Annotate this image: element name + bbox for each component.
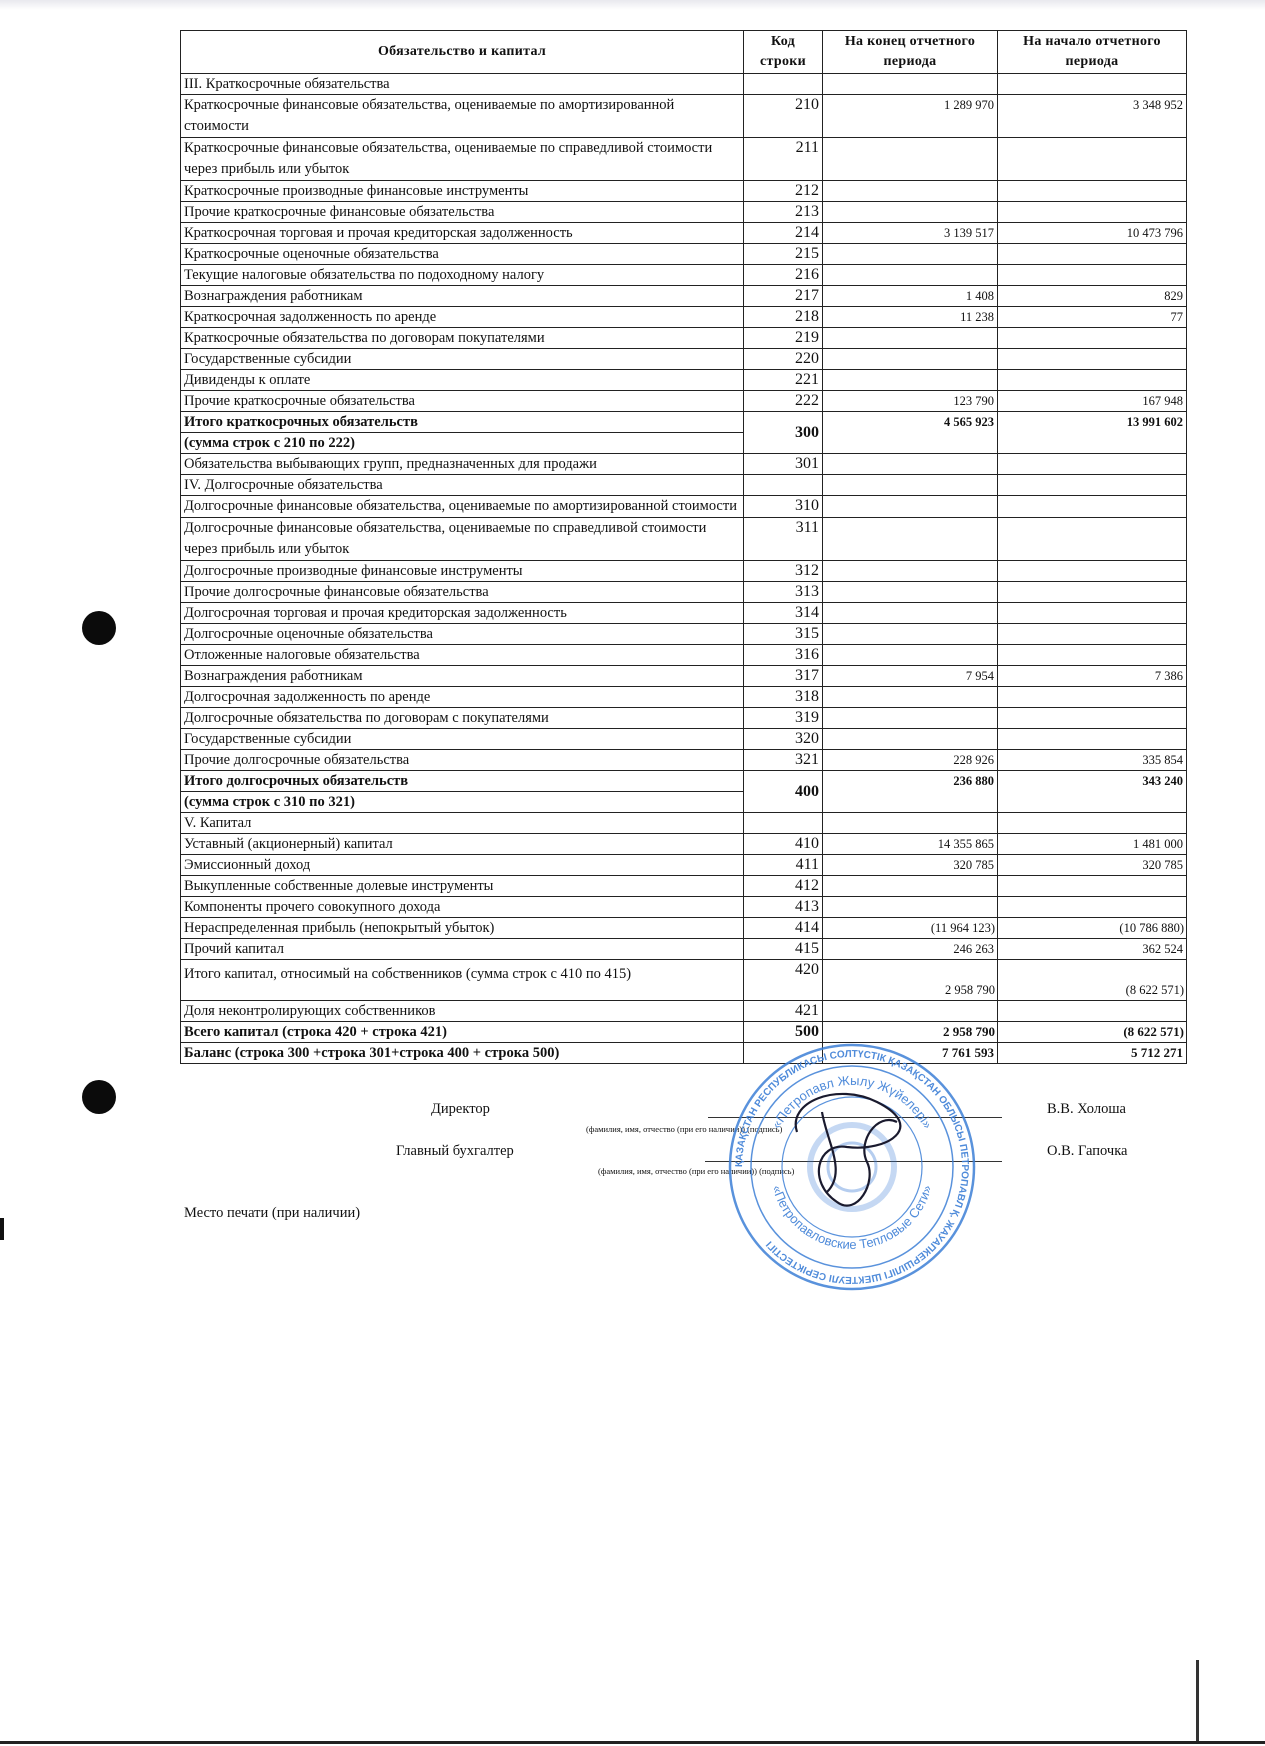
row-code: 319	[744, 708, 823, 729]
row-code: 312	[744, 561, 823, 582]
value-end-period	[823, 244, 998, 265]
value-end-period: 4 565 923	[823, 412, 998, 454]
value-end-period	[823, 370, 998, 391]
row-code: 300	[744, 412, 823, 454]
value-end-period	[823, 561, 998, 582]
row-code: 413	[744, 897, 823, 918]
table-row: Всего капитал (строка 420 + строка 421)5…	[181, 1022, 1187, 1043]
value-end-period	[823, 624, 998, 645]
row-code: 213	[744, 202, 823, 223]
value-end-period	[823, 518, 998, 561]
table-row: Государственные субсидии320	[181, 729, 1187, 750]
table-row: Прочие краткосрочные финансовые обязател…	[181, 202, 1187, 223]
table-row: Уставный (акционерный) капитал41014 355 …	[181, 834, 1187, 855]
table-row: Итого капитал, относимый на собственнико…	[181, 960, 1187, 1001]
accountant-title: Главный бухгалтер	[396, 1143, 514, 1160]
row-code: 400	[744, 771, 823, 813]
punch-hole-bottom	[82, 1080, 116, 1114]
value-end-period	[823, 74, 998, 95]
value-begin-period: 167 948	[998, 391, 1187, 412]
value-begin-period	[998, 729, 1187, 750]
row-code: 212	[744, 181, 823, 202]
value-end-period	[823, 328, 998, 349]
value-begin-period	[998, 561, 1187, 582]
value-end-period: 1 289 970	[823, 95, 998, 138]
value-begin-period	[998, 265, 1187, 286]
table-row: Краткосрочная задолженность по аренде218…	[181, 307, 1187, 328]
value-end-period	[823, 876, 998, 897]
value-begin-period	[998, 708, 1187, 729]
row-label: Долгосрочная торговая и прочая кредиторс…	[181, 603, 744, 624]
table-row: Государственные субсидии220	[181, 349, 1187, 370]
table-row: Краткосрочные финансовые обязательства, …	[181, 95, 1187, 138]
table-row: Краткосрочная торговая и прочая кредитор…	[181, 223, 1187, 244]
row-code: 412	[744, 876, 823, 897]
value-end-period	[823, 645, 998, 666]
row-label: Долгосрочная задолженность по аренде	[181, 687, 744, 708]
row-code: 315	[744, 624, 823, 645]
header-code: Код строки	[744, 31, 823, 74]
row-code: 220	[744, 349, 823, 370]
value-end-period	[823, 265, 998, 286]
value-end-period: 7 954	[823, 666, 998, 687]
scan-bottom-line	[0, 1741, 1265, 1744]
value-begin-period	[998, 496, 1187, 518]
table-row: Долгосрочная торговая и прочая кредиторс…	[181, 603, 1187, 624]
table-row: Отложенные налоговые обязательства316	[181, 645, 1187, 666]
value-end-period	[823, 1001, 998, 1022]
value-end-period: 236 880	[823, 771, 998, 813]
row-code: 317	[744, 666, 823, 687]
value-begin-period: 343 240	[998, 771, 1187, 813]
value-begin-period	[998, 138, 1187, 181]
value-end-period	[823, 687, 998, 708]
row-label: Долгосрочные оценочные обязательства	[181, 624, 744, 645]
value-end-period: 11 238	[823, 307, 998, 328]
scan-top-edge	[0, 0, 1265, 10]
row-code: 500	[744, 1022, 823, 1043]
value-end-period: 2 958 790	[823, 1022, 998, 1043]
value-end-period	[823, 813, 998, 834]
value-begin-period: 10 473 796	[998, 223, 1187, 244]
row-label: Краткосрочные производные финансовые инс…	[181, 181, 744, 202]
row-label: Долгосрочные обязательства по договорам …	[181, 708, 744, 729]
total-label: Итого краткосрочных обязательств	[181, 412, 743, 433]
value-end-period	[823, 349, 998, 370]
value-begin-period: (10 786 880)	[998, 918, 1187, 939]
table-row: Долгосрочные финансовые обязательства, о…	[181, 518, 1187, 561]
scan-left-edge	[0, 1218, 4, 1240]
value-begin-period: 3 348 952	[998, 95, 1187, 138]
row-label: Итого краткосрочных обязательств(сумма с…	[181, 412, 744, 454]
value-end-period	[823, 181, 998, 202]
value-begin-period: 1 481 000	[998, 834, 1187, 855]
value-begin-period: (8 622 571)	[998, 960, 1187, 1001]
table-row: Баланс (строка 300 +строка 301+строка 40…	[181, 1043, 1187, 1064]
table-row: Вознаграждения работникам3177 9547 386	[181, 666, 1187, 687]
row-code	[744, 475, 823, 496]
value-end-period	[823, 582, 998, 603]
row-label: Итого капитал, относимый на собственнико…	[181, 960, 744, 1001]
row-code: 421	[744, 1001, 823, 1022]
table-row: Долгосрочные финансовые обязательства, о…	[181, 496, 1187, 518]
value-begin-period: 13 991 602	[998, 412, 1187, 454]
table-row: Доля неконтролирующих собственников421	[181, 1001, 1187, 1022]
row-code: 321	[744, 750, 823, 771]
table-row: Долгосрочные обязательства по договорам …	[181, 708, 1187, 729]
section-header-row: V. Капитал	[181, 813, 1187, 834]
row-label: Краткосрочные оценочные обязательства	[181, 244, 744, 265]
row-label: Прочие долгосрочные обязательства	[181, 750, 744, 771]
value-begin-period: 362 524	[998, 939, 1187, 960]
row-label: Текущие налоговые обязательства по подох…	[181, 265, 744, 286]
value-begin-period	[998, 244, 1187, 265]
table-row: Краткосрочные оценочные обязательства215	[181, 244, 1187, 265]
value-end-period	[823, 138, 998, 181]
row-label: Отложенные налоговые обязательства	[181, 645, 744, 666]
svg-text:«Петропавловские Тепловые Сети: «Петропавловские Тепловые Сети»	[769, 1183, 934, 1252]
value-begin-period	[998, 202, 1187, 223]
row-label: Долгосрочные производные финансовые инст…	[181, 561, 744, 582]
total-sublabel: (сумма строк с 310 по 321)	[181, 792, 743, 812]
row-label: Выкупленные собственные долевые инструме…	[181, 876, 744, 897]
value-end-period: 320 785	[823, 855, 998, 876]
value-end-period	[823, 897, 998, 918]
balance-sheet-table: Обязательство и капитал Код строки На ко…	[180, 30, 1187, 1064]
row-code: 301	[744, 454, 823, 475]
value-end-period	[823, 475, 998, 496]
value-end-period	[823, 708, 998, 729]
table-row: Прочие долгосрочные обязательства321228 …	[181, 750, 1187, 771]
row-label: Прочий капитал	[181, 939, 744, 960]
punch-hole-top	[82, 611, 116, 645]
table-row: Обязательства выбывающих групп, предназн…	[181, 454, 1187, 475]
table-row: Дивиденды к оплате221	[181, 370, 1187, 391]
row-label: Краткосрочная торговая и прочая кредитор…	[181, 223, 744, 244]
row-label: III. Краткосрочные обязательства	[181, 74, 744, 95]
row-code: 414	[744, 918, 823, 939]
row-label: Долгосрочные финансовые обязательства, о…	[181, 518, 744, 561]
value-begin-period	[998, 74, 1187, 95]
row-label: Прочие краткосрочные финансовые обязател…	[181, 202, 744, 223]
value-begin-period	[998, 370, 1187, 391]
table-row: Итого краткосрочных обязательств(сумма с…	[181, 412, 1187, 454]
row-label: Дивиденды к оплате	[181, 370, 744, 391]
row-code: 316	[744, 645, 823, 666]
table-row: Долгосрочные производные финансовые инст…	[181, 561, 1187, 582]
value-begin-period	[998, 328, 1187, 349]
company-stamp: ҚАЗАҚСТАН РЕСПУБЛИКАСЫ СОЛТҮСТІК ҚАЗАҚСТ…	[727, 1042, 977, 1292]
row-label: Вознаграждения работникам	[181, 666, 744, 687]
row-label: Краткосрочные финансовые обязательства, …	[181, 138, 744, 181]
table-row: Краткосрочные производные финансовые инс…	[181, 181, 1187, 202]
table-row: Прочие краткосрочные обязательства222123…	[181, 391, 1187, 412]
value-begin-period: 77	[998, 307, 1187, 328]
row-label: Краткосрочные обязательства по договорам…	[181, 328, 744, 349]
value-end-period: 1 408	[823, 286, 998, 307]
value-end-period	[823, 603, 998, 624]
header-end-period: На конец отчетного периода	[823, 31, 998, 74]
table-row: Текущие налоговые обязательства по подох…	[181, 265, 1187, 286]
value-begin-period: 829	[998, 286, 1187, 307]
director-title: Директор	[431, 1101, 490, 1118]
row-code: 219	[744, 328, 823, 349]
value-end-period	[823, 454, 998, 475]
value-end-period: 123 790	[823, 391, 998, 412]
row-label: Краткосрочные финансовые обязательства, …	[181, 95, 744, 138]
table-row: Прочие долгосрочные финансовые обязатель…	[181, 582, 1187, 603]
row-label: Долгосрочные финансовые обязательства, о…	[181, 496, 744, 518]
accountant-name: О.В. Гапочка	[1047, 1143, 1127, 1160]
value-end-period	[823, 729, 998, 750]
value-begin-period	[998, 687, 1187, 708]
table-row: Вознаграждения работникам2171 408829	[181, 286, 1187, 307]
row-label: Прочие краткосрочные обязательства	[181, 391, 744, 412]
row-label: Компоненты прочего совокупного дохода	[181, 897, 744, 918]
value-end-period	[823, 202, 998, 223]
row-label: Всего капитал (строка 420 + строка 421)	[181, 1022, 744, 1043]
value-begin-period	[998, 454, 1187, 475]
row-code: 222	[744, 391, 823, 412]
value-begin-period	[998, 624, 1187, 645]
value-end-period: 246 263	[823, 939, 998, 960]
table-row: Прочий капитал415246 263362 524	[181, 939, 1187, 960]
value-begin-period	[998, 603, 1187, 624]
table-row: Эмиссионный доход411320 785320 785	[181, 855, 1187, 876]
row-code: 217	[744, 286, 823, 307]
seal-place-label: Место печати (при наличии)	[184, 1205, 360, 1222]
row-label: Уставный (акционерный) капитал	[181, 834, 744, 855]
row-code	[744, 74, 823, 95]
row-label: Вознаграждения работникам	[181, 286, 744, 307]
value-end-period: (11 964 123)	[823, 918, 998, 939]
value-end-period: 2 958 790	[823, 960, 998, 1001]
row-label: Обязательства выбывающих групп, предназн…	[181, 454, 744, 475]
value-begin-period	[998, 813, 1187, 834]
total-sublabel: (сумма строк с 210 по 222)	[181, 433, 743, 453]
value-begin-period	[998, 1001, 1187, 1022]
table-row: Компоненты прочего совокупного дохода413	[181, 897, 1187, 918]
table-row: Краткосрочные обязательства по договорам…	[181, 328, 1187, 349]
row-code: 314	[744, 603, 823, 624]
row-code: 411	[744, 855, 823, 876]
scan-bottom-edge	[1196, 1660, 1199, 1744]
header-begin-period: На начало отчетного периода	[998, 31, 1187, 74]
value-begin-period	[998, 897, 1187, 918]
value-begin-period: 320 785	[998, 855, 1187, 876]
row-code: 410	[744, 834, 823, 855]
row-code: 310	[744, 496, 823, 518]
table-body: III. Краткосрочные обязательстваКраткоср…	[181, 74, 1187, 1064]
row-code: 221	[744, 370, 823, 391]
table-row: Итого долгосрочных обязательств(сумма ст…	[181, 771, 1187, 813]
table-row: Нераспределенная прибыль (непокрытый убы…	[181, 918, 1187, 939]
value-begin-period: 7 386	[998, 666, 1187, 687]
value-end-period: 14 355 865	[823, 834, 998, 855]
row-code: 311	[744, 518, 823, 561]
value-begin-period	[998, 582, 1187, 603]
table-header-row: Обязательство и капитал Код строки На ко…	[181, 31, 1187, 74]
table-row: Краткосрочные финансовые обязательства, …	[181, 138, 1187, 181]
value-end-period: 228 926	[823, 750, 998, 771]
row-code: 210	[744, 95, 823, 138]
value-begin-period	[998, 475, 1187, 496]
table-row: Выкупленные собственные долевые инструме…	[181, 876, 1187, 897]
row-code: 218	[744, 307, 823, 328]
value-end-period	[823, 496, 998, 518]
table-row: Долгосрочная задолженность по аренде318	[181, 687, 1187, 708]
value-begin-period: (8 622 571)	[998, 1022, 1187, 1043]
row-label: Краткосрочная задолженность по аренде	[181, 307, 744, 328]
row-label: Государственные субсидии	[181, 349, 744, 370]
row-code: 211	[744, 138, 823, 181]
row-code: 420	[744, 960, 823, 1001]
row-code: 320	[744, 729, 823, 750]
director-name: В.В. Холоша	[1047, 1101, 1126, 1118]
row-code: 215	[744, 244, 823, 265]
row-label: IV. Долгосрочные обязательства	[181, 475, 744, 496]
row-label: Итого долгосрочных обязательств(сумма ст…	[181, 771, 744, 813]
row-label: Доля неконтролирующих собственников	[181, 1001, 744, 1022]
value-begin-period: 335 854	[998, 750, 1187, 771]
row-code: 313	[744, 582, 823, 603]
total-label: Итого долгосрочных обязательств	[181, 771, 743, 792]
row-code: 214	[744, 223, 823, 244]
row-label: Государственные субсидии	[181, 729, 744, 750]
value-begin-period	[998, 349, 1187, 370]
value-begin-period	[998, 518, 1187, 561]
row-label: Баланс (строка 300 +строка 301+строка 40…	[181, 1043, 744, 1064]
value-begin-period	[998, 876, 1187, 897]
row-code	[744, 813, 823, 834]
header-name: Обязательство и капитал	[181, 31, 744, 74]
value-end-period: 3 139 517	[823, 223, 998, 244]
table-row: Долгосрочные оценочные обязательства315	[181, 624, 1187, 645]
value-begin-period: 5 712 271	[998, 1043, 1187, 1064]
row-label: Прочие долгосрочные финансовые обязатель…	[181, 582, 744, 603]
row-code: 415	[744, 939, 823, 960]
row-code: 216	[744, 265, 823, 286]
value-begin-period	[998, 181, 1187, 202]
row-label: Эмиссионный доход	[181, 855, 744, 876]
row-label: Нераспределенная прибыль (непокрытый убы…	[181, 918, 744, 939]
value-begin-period	[998, 645, 1187, 666]
row-label: V. Капитал	[181, 813, 744, 834]
section-header-row: IV. Долгосрочные обязательства	[181, 475, 1187, 496]
row-code: 318	[744, 687, 823, 708]
section-header-row: III. Краткосрочные обязательства	[181, 74, 1187, 95]
